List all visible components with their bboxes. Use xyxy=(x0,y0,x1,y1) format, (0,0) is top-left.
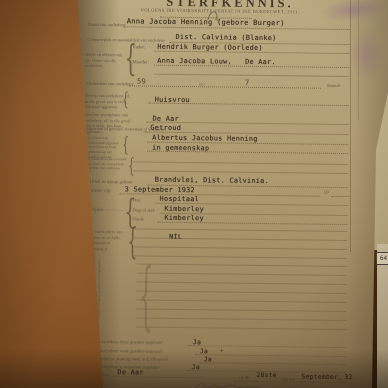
death-notice-document: STERFKENNIS. VOLGENS DIE VOORSKRIFTE VER… xyxy=(0,0,388,388)
field-vorige-eggenote-label: (b) Naam of name en datum van dood van v… xyxy=(86,157,130,172)
dorp-label: Dorp of stad xyxy=(132,207,154,212)
field-oorlede-label: Oorlede: Op xyxy=(86,189,111,194)
brace-glyph: { xyxy=(122,134,129,154)
question-2-label: Het die oorledene vaste goedere nagelaat… xyxy=(86,348,163,354)
op-die-label: op die xyxy=(239,375,250,380)
field-ouers-label: Name en afkoms van die Ouers van die oor… xyxy=(85,52,125,70)
ruled-line xyxy=(120,193,320,196)
field-naam-label: Naam van oorledene xyxy=(88,22,126,27)
geteken-day: 28ste xyxy=(256,372,277,379)
field-geboorteplek-value: Dist. Calvinia (Blanke) xyxy=(176,33,277,42)
ruled-line xyxy=(133,237,347,241)
question-1-label: Het die oorledene losse goedere nagelaat… xyxy=(86,339,163,345)
ouderdom-jare-value: 59 xyxy=(137,77,146,85)
ruled-line xyxy=(133,161,348,165)
ruled-line xyxy=(137,263,347,267)
ruled-line xyxy=(133,246,347,250)
ruled-line xyxy=(113,376,205,378)
field-vooroorlede-kinders-label: Name van vooroorlede kinders van die oor… xyxy=(92,243,102,319)
ruled-line xyxy=(136,299,346,303)
ruled-line xyxy=(154,51,349,54)
moeder-label: Moeder: xyxy=(132,60,149,65)
ouderdom-maande-value: 7 xyxy=(245,79,250,87)
ruled-line xyxy=(137,272,347,276)
ruled-line xyxy=(154,74,349,77)
ruled-line xyxy=(133,228,347,232)
ruled-line xyxy=(196,354,346,357)
geteken-label: Geteken te xyxy=(89,372,109,377)
brace-glyph: { xyxy=(122,91,129,109)
field-gebore-value: Brandvlei, Dist. Calvinia. xyxy=(155,176,269,185)
ruled-line xyxy=(149,103,349,106)
field-sterfplek-label: Sterfplek — — — xyxy=(85,208,122,213)
ruled-line xyxy=(200,362,346,365)
ruled-line xyxy=(137,281,347,285)
year-print-label: 19 xyxy=(324,191,329,196)
vader-label: Vader: xyxy=(132,45,145,50)
ruled-line xyxy=(129,85,321,88)
signature xyxy=(193,380,263,388)
maande-label: maande xyxy=(327,83,341,88)
ruled-line xyxy=(133,255,347,259)
ruled-line xyxy=(136,317,346,321)
ruled-line xyxy=(136,290,346,294)
ruled-line xyxy=(147,151,348,154)
ruled-line xyxy=(188,345,346,348)
ruled-line xyxy=(136,326,346,330)
ruled-line xyxy=(136,308,346,312)
photo-of-death-notice: 64 STERFKENNIS. VOLGENS DIE VOORSKRIFTE … xyxy=(0,0,388,388)
field-ouderdom-label: Ouderdom van oorledene xyxy=(87,81,134,87)
margin-note-box: 64 xyxy=(376,252,388,265)
ruled-line xyxy=(157,222,347,225)
question-2-mark: + xyxy=(220,347,224,354)
field-kinders-label: Name van kinders van oorledene en of hul… xyxy=(83,229,129,252)
brace-glyph: { xyxy=(138,258,153,332)
ruled-line xyxy=(124,26,350,30)
question-3-label: Is die boedel na skatting meer as £300 w… xyxy=(86,356,169,362)
field-gebore-label: (c) Plek en datum gebore: xyxy=(86,179,134,185)
geteken-month: September xyxy=(301,373,338,380)
geteken-year: 32 xyxy=(344,374,352,381)
far-right-page-sliver xyxy=(377,244,388,388)
plek-label: Plek: xyxy=(133,197,142,202)
ruled-line xyxy=(332,196,350,197)
brace-glyph: { xyxy=(128,155,135,175)
ruled-line xyxy=(133,170,348,174)
ruled-line xyxy=(154,65,349,68)
